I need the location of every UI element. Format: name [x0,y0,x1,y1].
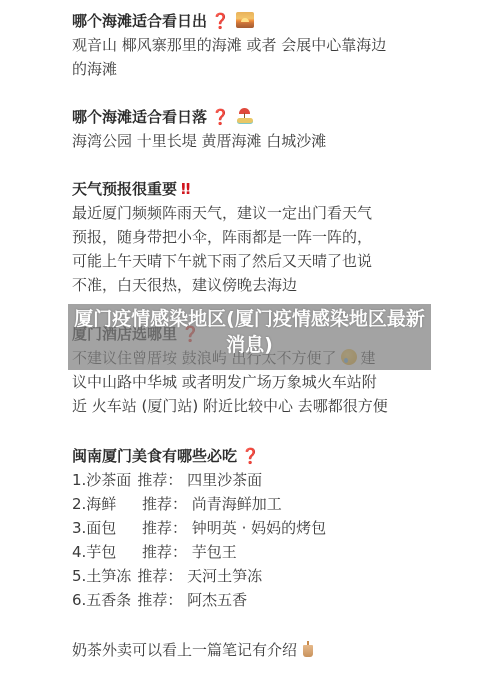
food-pick: 天河土笋冻 [187,567,262,585]
body-line: 预报，随身带把小伞，阵雨都是一阵一阵的， [72,225,432,249]
body-line: 奶茶外卖可以看上一篇笔记有介绍 [72,638,432,662]
recommend-label: 推荐： [142,543,187,561]
food-name: 5.土笋冻 [72,564,131,588]
question-mark-icon: ❓ [241,447,260,465]
food-pick: 钟明英 · 妈妈的烤包 [192,519,326,537]
section-heading: 哪个海滩适合看日出❓ [72,9,432,33]
food-pick: 芋包王 [192,543,237,561]
body-line: 观音山 椰风寨那里的海滩 或者 会展中心靠海边 [72,33,432,57]
heading-text: 哪个海滩适合看日落 [72,108,207,126]
double-exclamation-icon: ‼ [181,180,188,198]
food-pick: 四里沙茶面 [187,471,262,489]
food-pick: 尚青海鲜加工 [192,495,282,513]
section-sunrise: 哪个海滩适合看日出❓ 观音山 椰风寨那里的海滩 或者 会展中心靠海边 的海滩 [72,9,432,81]
recommend-label: 推荐： [142,519,187,537]
food-item: 1.沙茶面推荐： 四里沙茶面 [72,468,432,492]
question-mark-icon: ❓ [211,12,230,30]
body-line: 议中山路中华城 或者明发广场万象城火车站附 [72,370,432,394]
food-name: 4.芋包 [72,540,142,564]
body-line: 不准，白天很热，建议傍晚去海边 [72,273,432,297]
heading-text: 哪个海滩适合看日出 [72,12,207,30]
question-mark-icon: ❓ [211,108,230,126]
section-weather: 天气预报很重要‼ 最近厦门频频阵雨天气，建议一定出门看天气 预报，随身带把小伞，… [72,177,432,297]
section-food: 闽南厦门美食有哪些必吃❓ 1.沙茶面推荐： 四里沙茶面 2.海鲜推荐： 尚青海鲜… [72,444,432,612]
food-item: 5.土笋冻推荐： 天河土笋冻 [72,564,432,588]
food-item: 3.面包推荐： 钟明英 · 妈妈的烤包 [72,516,432,540]
body-line: 可能上午天晴下午就下雨了然后又天晴了也说 [72,249,432,273]
recommend-label: 推荐： [137,471,182,489]
food-name: 3.面包 [72,516,142,540]
body-line: 海湾公园 十里长堤 黄厝海滩 白城沙滩 [72,129,432,153]
food-item: 6.五香条推荐： 阿杰五香 [72,588,432,612]
body-text: 奶茶外卖可以看上一篇笔记有介绍 [72,641,297,659]
body-line: 最近厦门频频阵雨天气，建议一定出门看天气 [72,201,432,225]
bubble-tea-icon [303,641,313,657]
recommend-label: 推荐： [137,591,182,609]
section-heading: 闽南厦门美食有哪些必吃❓ [72,444,432,468]
body-line: 近 火车站 (厦门站) 附近比较中心 去哪都很方便 [72,394,432,418]
food-item: 2.海鲜推荐： 尚青海鲜加工 [72,492,432,516]
section-sunset: 哪个海滩适合看日落❓ 海湾公园 十里长堤 黄厝海滩 白城沙滩 [72,105,432,153]
food-item: 4.芋包推荐： 芋包王 [72,540,432,564]
beach-umbrella-icon [236,108,254,124]
heading-text: 天气预报很重要 [72,180,177,198]
food-name: 1.沙茶面 [72,468,131,492]
food-name: 6.五香条 [72,588,131,612]
recommend-label: 推荐： [142,495,187,513]
recommend-label: 推荐： [137,567,182,585]
section-heading: 天气预报很重要‼ [72,177,432,201]
heading-text: 闽南厦门美食有哪些必吃 [72,447,237,465]
sunrise-icon [236,12,254,28]
section-milk-tea: 奶茶外卖可以看上一篇笔记有介绍 [72,638,432,662]
body-line: 的海滩 [72,57,432,81]
overlay-title: 厦门疫情感染地区(厦门疫情感染地区最新消息) [68,306,431,358]
food-name: 2.海鲜 [72,492,142,516]
section-heading: 哪个海滩适合看日落❓ [72,105,432,129]
food-pick: 阿杰五香 [187,591,247,609]
